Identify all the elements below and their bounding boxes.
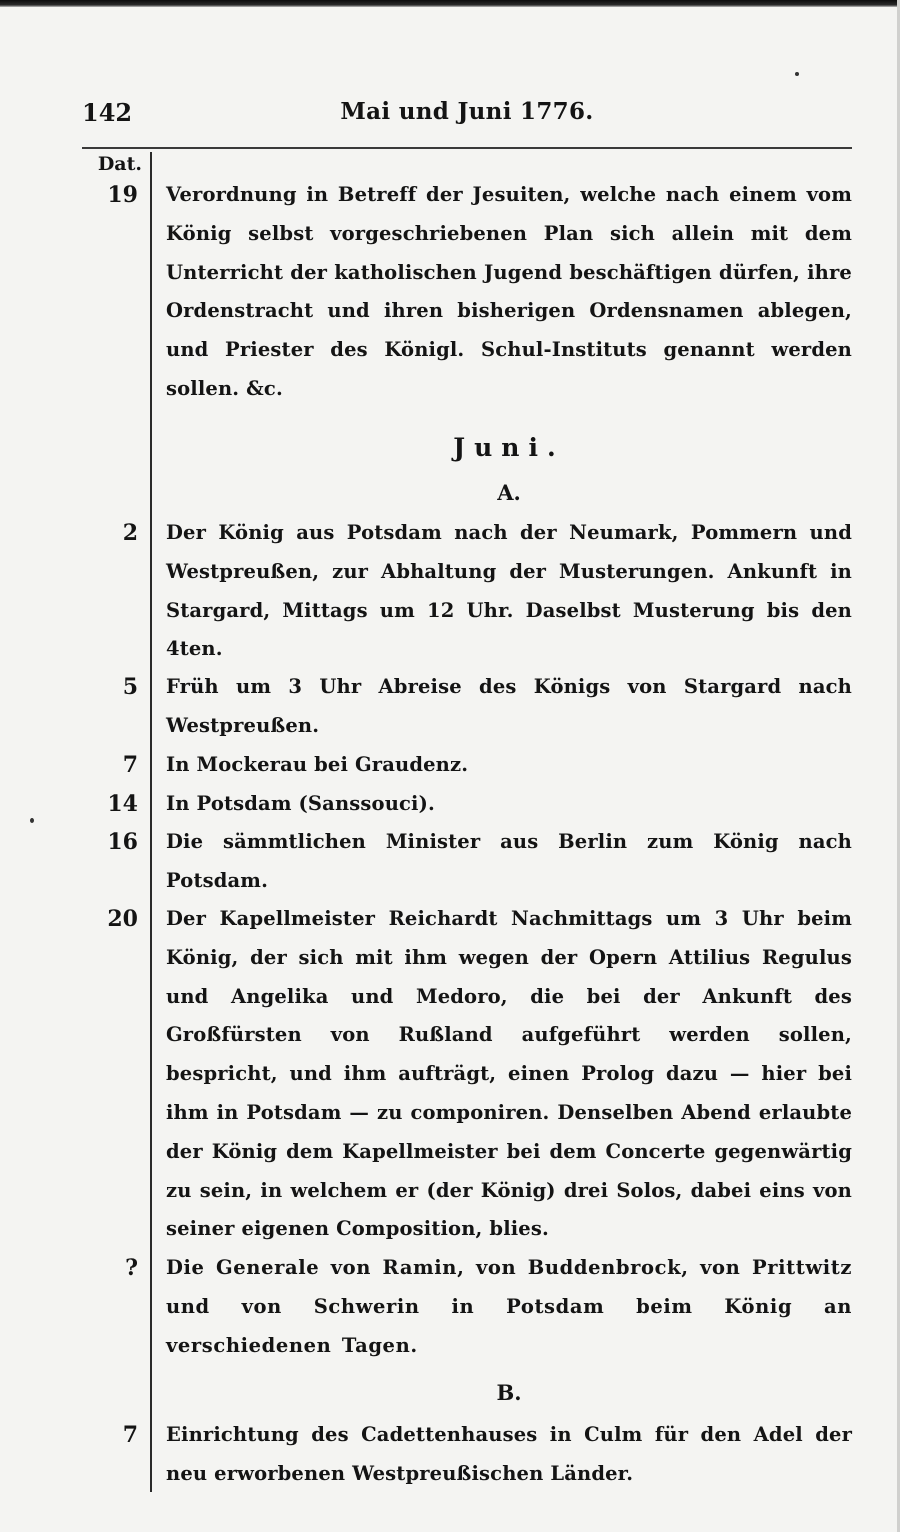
entry-date: 7 xyxy=(82,1416,138,1454)
entry-text: Der Kapellmeister Reichardt Nachmittags … xyxy=(166,900,852,1249)
section-a-heading: A. xyxy=(166,480,852,505)
entry-date: 14 xyxy=(82,785,138,823)
entry-date: 5 xyxy=(82,668,138,706)
scan-top-edge xyxy=(0,0,900,7)
entry-date: 16 xyxy=(82,823,138,861)
date-column-label: Dat. xyxy=(92,153,142,175)
scan-speck xyxy=(795,72,799,76)
entry-date: ? xyxy=(82,1249,138,1287)
header-rule xyxy=(82,147,852,149)
entry-text: Verordnung in Betreff der Jesuiten, welc… xyxy=(166,176,852,409)
entry-date: 7 xyxy=(82,746,138,784)
month-heading: Juni. xyxy=(166,433,852,462)
page-header: 142 Mai und Juni 1776. xyxy=(82,98,852,138)
entry-text: In Mockerau bei Graudenz. xyxy=(166,746,852,785)
entry-date: 19 xyxy=(82,176,138,214)
date-column-divider xyxy=(150,152,152,1492)
entry-text: Früh um 3 Uhr Abreise des Königs von Sta… xyxy=(166,668,852,746)
running-title: Mai und Juni 1776. xyxy=(82,98,852,125)
entry-text: Die sämmtlichen Minister aus Berlin zum … xyxy=(166,823,852,901)
entry-text: Die Generale von Ramin, von Buddenbrock,… xyxy=(166,1249,852,1365)
entry-text: Einrichtung des Cadettenhauses in Culm f… xyxy=(166,1416,852,1494)
entry-text: In Potsdam (Sanssouci). xyxy=(166,785,852,824)
entry-text: Der König aus Potsdam nach der Neumark, … xyxy=(166,514,852,669)
entry-date: 2 xyxy=(82,514,138,552)
scan-speck xyxy=(30,818,34,823)
entry-date: 20 xyxy=(82,900,138,938)
section-b-heading: B. xyxy=(166,1380,852,1405)
